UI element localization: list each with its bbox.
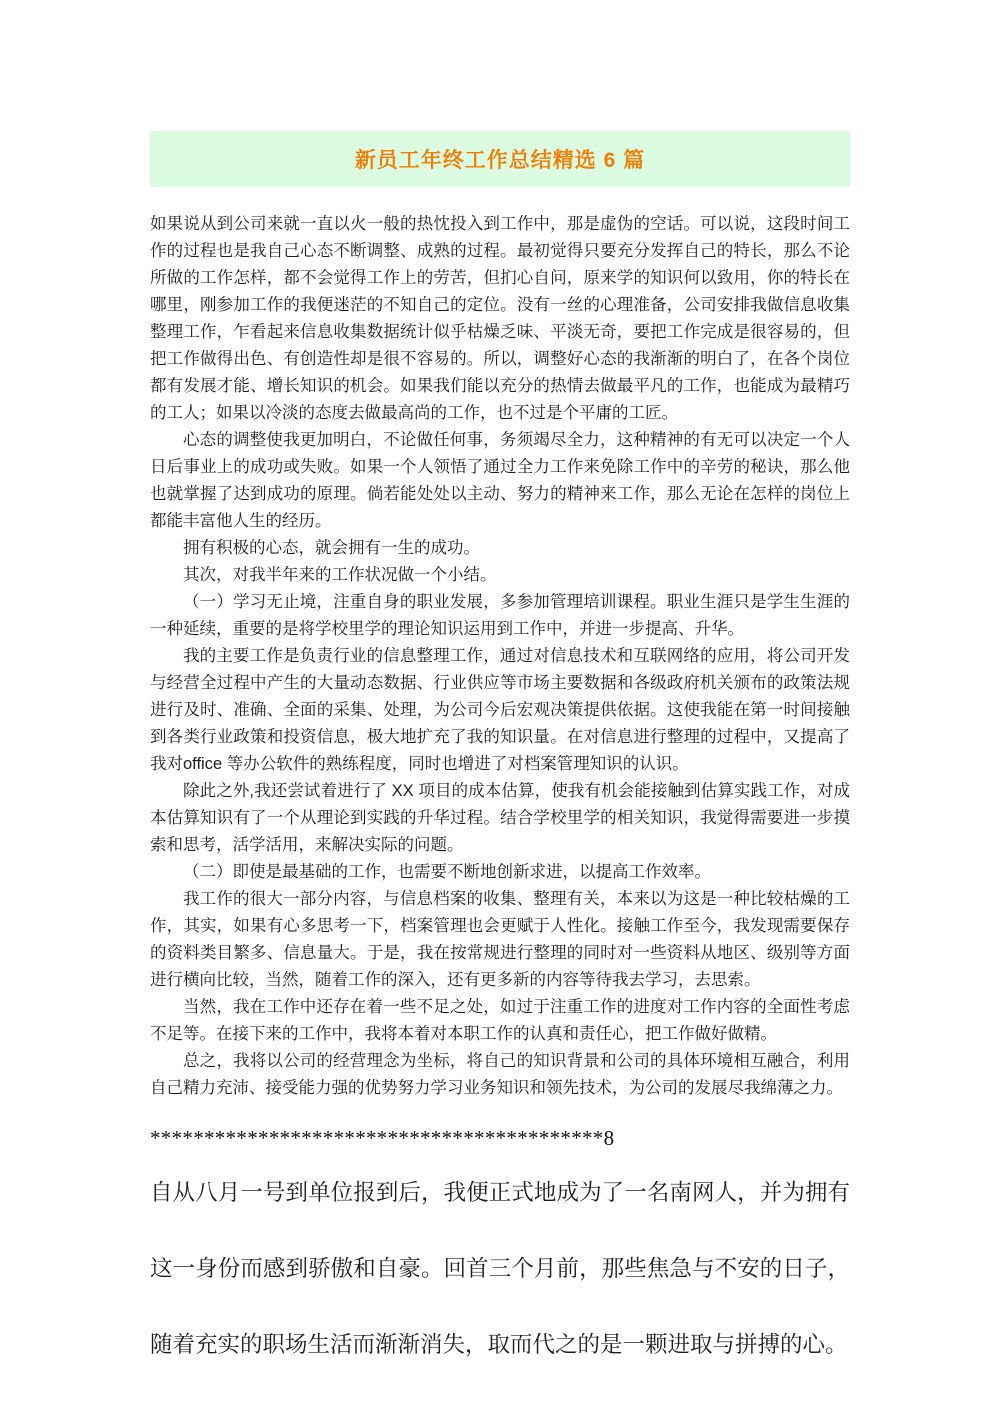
closing-paragraph: 自从八月一号到单位报到后，我便正式地成为了一名南网人，并为拥有这一身份而感到骄傲… [150, 1155, 850, 1383]
body-paragraph: 除此之外,我还尝试着进行了 XX 项目的成本估算，使我有机会能接触到估算实践工作… [150, 778, 850, 859]
body-paragraph: 如果说从到公司来就一直以火一般的热忱投入到工作中，那是虚伪的空话。可以说，这段时… [150, 211, 850, 427]
body-paragraph: （二）即使是最基础的工作，也需要不断地创新求进，以提高工作效率。 [150, 859, 850, 886]
body-paragraph: 其次，对我半年来的工作状况做一个小结。 [150, 562, 850, 589]
body-paragraph: （一）学习无止境，注重自身的职业发展，多参加管理培训课程。职业生涯只是学生生涯的… [150, 589, 850, 643]
body-paragraph: 当然，我在工作中还存在着一些不足之处，如过于注重工作的进度对工作内容的全面性考虑… [150, 994, 850, 1048]
title-banner: 新员工年终工作总结精选 6 篇 [150, 131, 850, 187]
body-paragraph: 我工作的很大一部分内容，与信息档案的收集、整理有关，本来以为这是一种比较枯燥的工… [150, 886, 850, 994]
separator-line: ****************************************… [150, 1126, 850, 1151]
body-paragraph: 我的主要工作是负责行业的信息整理工作，通过对信息技术和互联网络的应用，将公司开发… [150, 643, 850, 778]
body-paragraph: 心态的调整使我更加明白，不论做任何事，务须竭尽全力，这种精神的有无可以决定一个人… [150, 427, 850, 535]
document-page: 新员工年终工作总结精选 6 篇 如果说从到公司来就一直以火一般的热忱投入到工作中… [0, 0, 1000, 1415]
document-body: 如果说从到公司来就一直以火一般的热忱投入到工作中，那是虚伪的空话。可以说，这段时… [150, 211, 850, 1102]
document-title: 新员工年终工作总结精选 6 篇 [355, 144, 645, 174]
body-paragraph: 拥有积极的心态，就会拥有一生的成功。 [150, 535, 850, 562]
body-paragraph: 总之，我将以公司的经营理念为坐标，将自己的知识背景和公司的具体环境相互融合，利用… [150, 1048, 850, 1102]
